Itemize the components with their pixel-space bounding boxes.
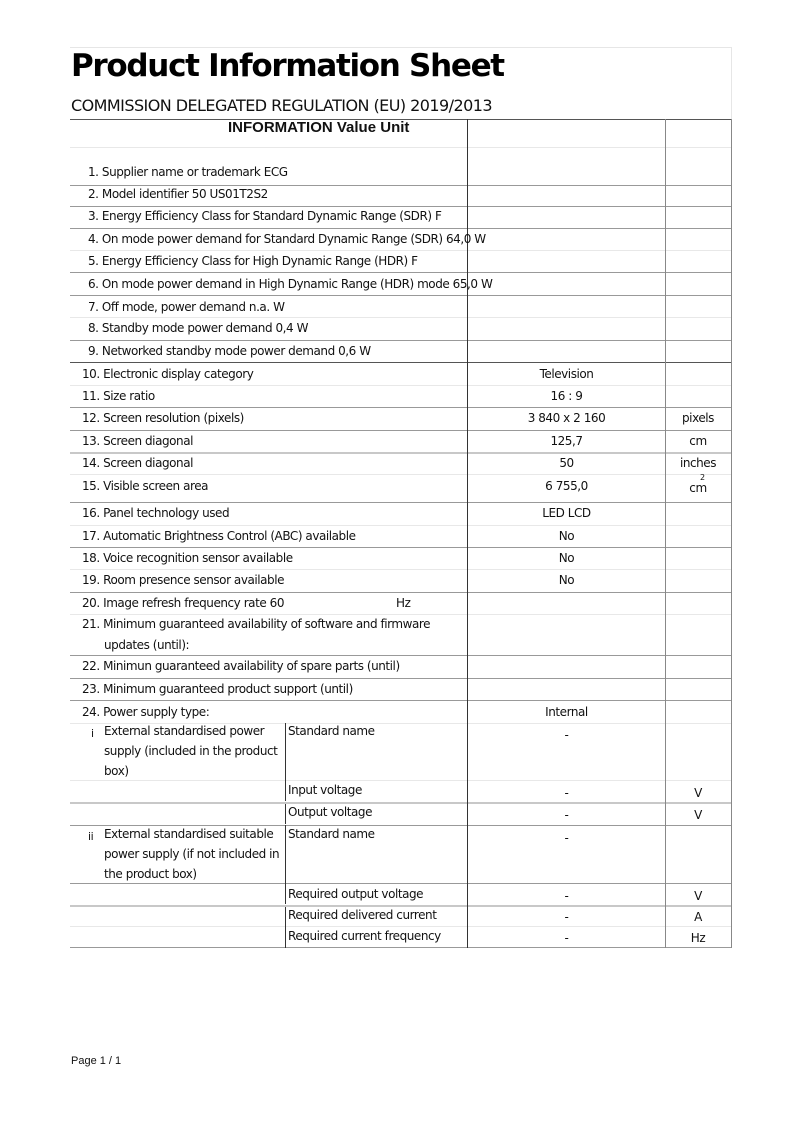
row-label: 3. Energy Efficiency Class for Standard … bbox=[88, 209, 441, 224]
row-divider bbox=[70, 362, 732, 363]
row-value: No bbox=[468, 529, 665, 544]
power-supply-i-item-unit: V bbox=[665, 786, 731, 801]
row-divider bbox=[70, 547, 732, 548]
row-divider bbox=[70, 678, 732, 679]
power-supply-ii-item-value: - bbox=[468, 931, 665, 946]
row-label: 14. Screen diagonal bbox=[82, 456, 193, 471]
row-label: 7. Off mode, power demand n.a. W bbox=[88, 300, 285, 315]
power-supply-i-label: External standardised power bbox=[104, 724, 264, 739]
power-supply-ii-item-value: - bbox=[468, 831, 665, 846]
row-label: 15. Visible screen area bbox=[82, 479, 208, 494]
column-divider bbox=[285, 804, 286, 824]
power-supply-ii-item-value: - bbox=[468, 910, 665, 925]
power-supply-ii-label: the product box) bbox=[104, 867, 197, 882]
column-divider bbox=[285, 907, 286, 948]
row-divider bbox=[70, 407, 732, 408]
power-supply-ii-item-value: - bbox=[468, 889, 665, 904]
row-label: 8. Standby mode power demand 0,4 W bbox=[88, 321, 308, 336]
row-value: 6 755,0 bbox=[468, 479, 665, 494]
power-supply-ii-item-name: Required current frequency bbox=[288, 929, 441, 944]
power-supply-ii-item-name: Standard name bbox=[288, 827, 375, 842]
power-supply-ii-label: power supply (if not included in bbox=[104, 847, 279, 862]
power-supply-ii-item-unit: A bbox=[665, 910, 731, 925]
row-divider bbox=[70, 147, 732, 148]
row-divider bbox=[70, 385, 732, 386]
row-divider bbox=[70, 430, 732, 431]
column-divider bbox=[665, 119, 666, 948]
row-label: 1. Supplier name or trademark ECG bbox=[88, 165, 288, 180]
row-label-continued: updates (until): bbox=[104, 638, 189, 653]
row-label: 5. Energy Efficiency Class for High Dyna… bbox=[88, 254, 418, 269]
row-divider bbox=[70, 825, 732, 826]
document-title: Product Information Sheet bbox=[71, 48, 504, 84]
power-supply-ii-item-name: Required delivered current bbox=[288, 908, 436, 923]
power-supply-i-item-value: - bbox=[468, 728, 665, 743]
product-information-sheet: Product Information Sheet COMMISSION DEL… bbox=[0, 0, 802, 1134]
row-divider bbox=[70, 228, 732, 229]
row-label: 22. Minimun guaranteed availability of s… bbox=[82, 659, 400, 674]
row-label-unit: Hz bbox=[396, 596, 410, 611]
power-supply-i-item-value: - bbox=[468, 786, 665, 801]
row-divider bbox=[70, 295, 732, 296]
row-divider bbox=[70, 185, 732, 186]
table-header: INFORMATION Value Unit bbox=[228, 119, 409, 136]
row-divider bbox=[70, 569, 732, 570]
row-divider bbox=[70, 250, 732, 251]
row-divider bbox=[70, 780, 732, 781]
row-label: 10. Electronic display category bbox=[82, 367, 253, 382]
row-value: Internal bbox=[468, 705, 665, 720]
row-divider bbox=[70, 206, 732, 207]
row-divider bbox=[70, 525, 732, 526]
row-label: 9. Networked standby mode power demand 0… bbox=[88, 344, 371, 359]
roman-marker-i: i bbox=[91, 726, 94, 741]
row-label: 20. Image refresh frequency rate 60 bbox=[82, 596, 284, 611]
row-label: 21. Minimum guaranteed availability of s… bbox=[82, 617, 430, 632]
row-unit: pixels bbox=[665, 411, 731, 426]
regulation-subtitle: COMMISSION DELEGATED REGULATION (EU) 201… bbox=[71, 96, 492, 115]
column-divider bbox=[285, 825, 286, 904]
page-border-right bbox=[731, 47, 732, 120]
row-label: 19. Room presence sensor available bbox=[82, 573, 284, 588]
power-supply-i-item-name: Standard name bbox=[288, 724, 375, 739]
unit-superscript: 2 bbox=[700, 470, 705, 485]
power-supply-i-item-name: Output voltage bbox=[288, 805, 372, 820]
row-divider bbox=[70, 802, 732, 804]
row-divider bbox=[70, 474, 732, 475]
row-label: 17. Automatic Brightness Control (ABC) a… bbox=[82, 529, 356, 544]
row-label: 24. Power supply type: bbox=[82, 705, 209, 720]
row-label: 16. Panel technology used bbox=[82, 506, 229, 521]
power-supply-ii-item-unit: V bbox=[665, 889, 731, 904]
row-divider bbox=[70, 592, 732, 593]
row-unit: inches bbox=[665, 456, 731, 471]
power-supply-i-item-value: - bbox=[468, 808, 665, 823]
row-label: 4. On mode power demand for Standard Dyn… bbox=[88, 232, 486, 247]
power-supply-i-label: box) bbox=[104, 764, 129, 779]
row-label: 11. Size ratio bbox=[82, 389, 155, 404]
power-supply-i-label: supply (included in the product bbox=[104, 744, 277, 759]
row-value: LED LCD bbox=[468, 506, 665, 521]
row-unit: cm bbox=[665, 481, 731, 496]
power-supply-ii-item-unit: Hz bbox=[665, 931, 731, 946]
row-value: 125,7 bbox=[468, 434, 665, 449]
page-number: Page 1 / 1 bbox=[71, 1055, 121, 1067]
row-label: 2. Model identifier 50 US01T2S2 bbox=[88, 187, 268, 202]
row-label: 18. Voice recognition sensor available bbox=[82, 551, 293, 566]
power-supply-i-item-unit: V bbox=[665, 808, 731, 823]
row-divider bbox=[70, 700, 732, 701]
row-value: No bbox=[468, 551, 665, 566]
power-supply-ii-item-name: Required output voltage bbox=[288, 887, 423, 902]
row-unit: cm bbox=[665, 434, 731, 449]
row-label: 12. Screen resolution (pixels) bbox=[82, 411, 244, 426]
power-supply-i-item-name: Input voltage bbox=[288, 783, 362, 798]
row-value: 16 : 9 bbox=[468, 389, 665, 404]
row-label: 13. Screen diagonal bbox=[82, 434, 193, 449]
row-divider bbox=[70, 883, 732, 884]
column-divider bbox=[731, 119, 732, 948]
row-divider bbox=[70, 926, 732, 927]
row-divider bbox=[70, 614, 732, 615]
row-divider bbox=[70, 452, 732, 454]
row-divider bbox=[70, 317, 732, 318]
row-label: 23. Minimum guaranteed product support (… bbox=[82, 682, 353, 697]
column-divider bbox=[285, 723, 286, 801]
row-divider bbox=[70, 340, 732, 341]
row-value: Television bbox=[468, 367, 665, 382]
row-divider bbox=[70, 502, 732, 503]
row-divider bbox=[70, 655, 732, 656]
row-value: 3 840 x 2 160 bbox=[468, 411, 665, 426]
row-divider bbox=[70, 905, 732, 907]
row-divider bbox=[70, 947, 732, 948]
row-divider bbox=[70, 272, 732, 273]
row-label: 6. On mode power demand in High Dynamic … bbox=[88, 277, 492, 292]
roman-marker-ii: ii bbox=[88, 829, 93, 844]
row-value: 50 bbox=[468, 456, 665, 471]
row-value: No bbox=[468, 573, 665, 588]
power-supply-ii-label: External standardised suitable bbox=[104, 827, 273, 842]
row-divider bbox=[70, 119, 732, 120]
